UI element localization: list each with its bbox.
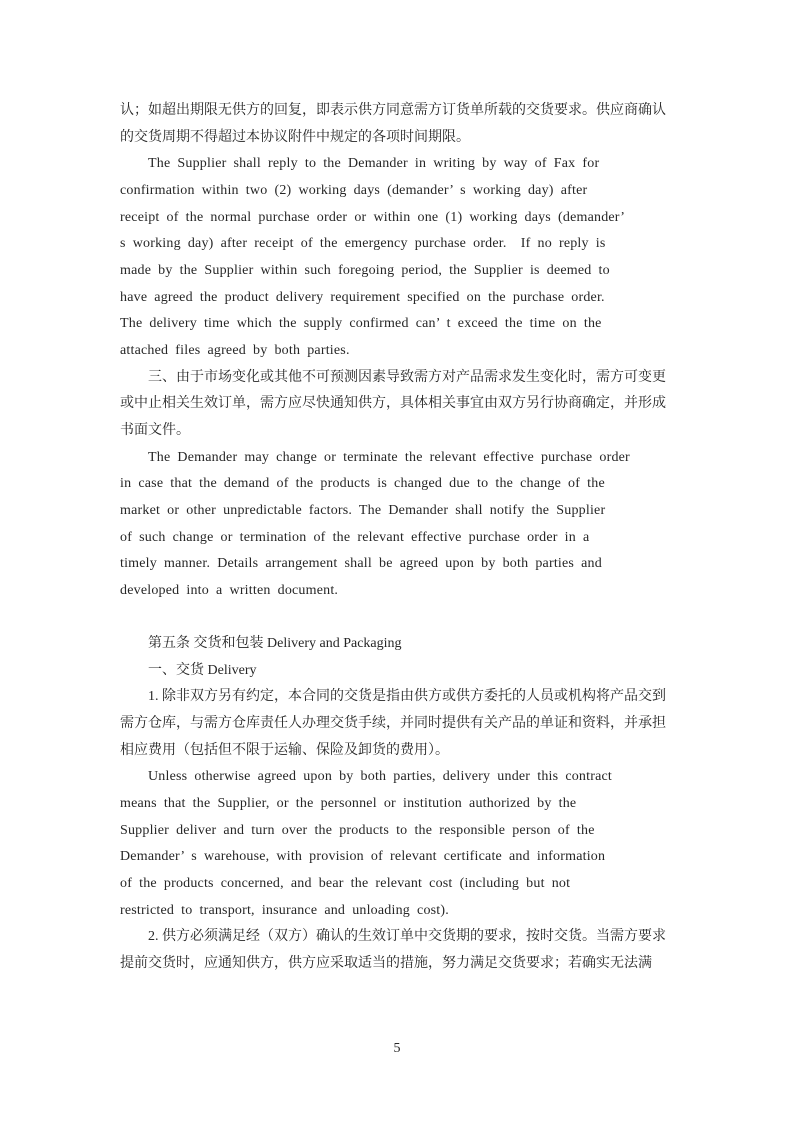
sub-heading: 一、交货 Delivery xyxy=(120,658,668,685)
section-heading: 第五条 交货和包装 Delivery and Packaging xyxy=(120,631,668,658)
paragraph: The Demander may change or terminate the… xyxy=(120,445,668,605)
paragraph: 三、由于市场变化或其他不可预测因素导致需方对产品需求发生变化时，需方可变更或中止… xyxy=(120,365,668,445)
paragraph: 2. 供方必须满足经（双方）确认的生效订单中交货期的要求，按时交货。当需方要求提… xyxy=(120,924,668,977)
text-line: 认；如超出期限无供方的回复，即表示供方同意需方订货单所载的交货要求。供应商确认 xyxy=(120,98,668,125)
text-line: receipt of the normal purchase order or … xyxy=(120,205,668,232)
document-body: 认；如超出期限无供方的回复，即表示供方同意需方订货单所载的交货要求。供应商确认的… xyxy=(120,98,668,978)
blank-line xyxy=(120,604,668,631)
document-page: 认；如超出期限无供方的回复，即表示供方同意需方订货单所载的交货要求。供应商确认的… xyxy=(0,0,794,1123)
text-line: timely manner. Details arrangement shall… xyxy=(120,551,668,578)
text-line: of the products concerned, and bear the … xyxy=(120,871,668,898)
text-line: have agreed the product delivery require… xyxy=(120,285,668,312)
text-line: restricted to transport, insurance and u… xyxy=(120,898,668,925)
text-line: 的交货周期不得超过本协议附件中规定的各项时间期限。 xyxy=(120,125,668,152)
paragraph: Unless otherwise agreed upon by both par… xyxy=(120,764,668,924)
text-line: 提前交货时，应通知供方，供方应采取适当的措施，努力满足交货要求；若确实无法满 xyxy=(120,951,668,978)
text-line: made by the Supplier within such foregoi… xyxy=(120,258,668,285)
text-line: 或中止相关生效订单，需方应尽快通知供方，具体相关事宜由双方另行协商确定，并形成 xyxy=(120,391,668,418)
text-line: Unless otherwise agreed upon by both par… xyxy=(120,764,668,791)
text-line: confirmation within two (2) working days… xyxy=(120,178,668,205)
text-line: 1. 除非双方另有约定，本合同的交货是指由供方或供方委托的人员或机构将产品交到 xyxy=(120,684,668,711)
text-line: 三、由于市场变化或其他不可预测因素导致需方对产品需求发生变化时，需方可变更 xyxy=(120,365,668,392)
text-line: developed into a written document. xyxy=(120,578,668,605)
paragraph: The Supplier shall reply to the Demander… xyxy=(120,151,668,364)
sub-heading-line: 一、交货 Delivery xyxy=(120,658,668,685)
text-line: 2. 供方必须满足经（双方）确认的生效订单中交货期的要求，按时交货。当需方要求 xyxy=(120,924,668,951)
text-line: in case that the demand of the products … xyxy=(120,471,668,498)
text-line: 相应费用（包括但不限于运输、保险及卸货的费用）。 xyxy=(120,738,668,765)
text-line: The delivery time which the supply confi… xyxy=(120,311,668,338)
paragraph: 认；如超出期限无供方的回复，即表示供方同意需方订货单所载的交货要求。供应商确认的… xyxy=(120,98,668,151)
text-line: 需方仓库，与需方仓库责任人办理交货手续，并同时提供有关产品的单证和资料，并承担 xyxy=(120,711,668,738)
text-line: means that the Supplier, or the personne… xyxy=(120,791,668,818)
text-line: of such change or termination of the rel… xyxy=(120,525,668,552)
text-line: Demander’ s warehouse, with provision of… xyxy=(120,844,668,871)
text-line: market or other unpredictable factors. T… xyxy=(120,498,668,525)
text-line: Supplier deliver and turn over the produ… xyxy=(120,818,668,845)
text-line: The Demander may change or terminate the… xyxy=(120,445,668,472)
page-number: 5 xyxy=(0,1036,794,1063)
text-line: attached files agreed by both parties. xyxy=(120,338,668,365)
text-line: The Supplier shall reply to the Demander… xyxy=(120,151,668,178)
section-heading-line: 第五条 交货和包装 Delivery and Packaging xyxy=(120,631,668,658)
paragraph: 1. 除非双方另有约定，本合同的交货是指由供方或供方委托的人员或机构将产品交到需… xyxy=(120,684,668,764)
text-line: s working day) after receipt of the emer… xyxy=(120,231,668,258)
text-line: 书面文件。 xyxy=(120,418,668,445)
